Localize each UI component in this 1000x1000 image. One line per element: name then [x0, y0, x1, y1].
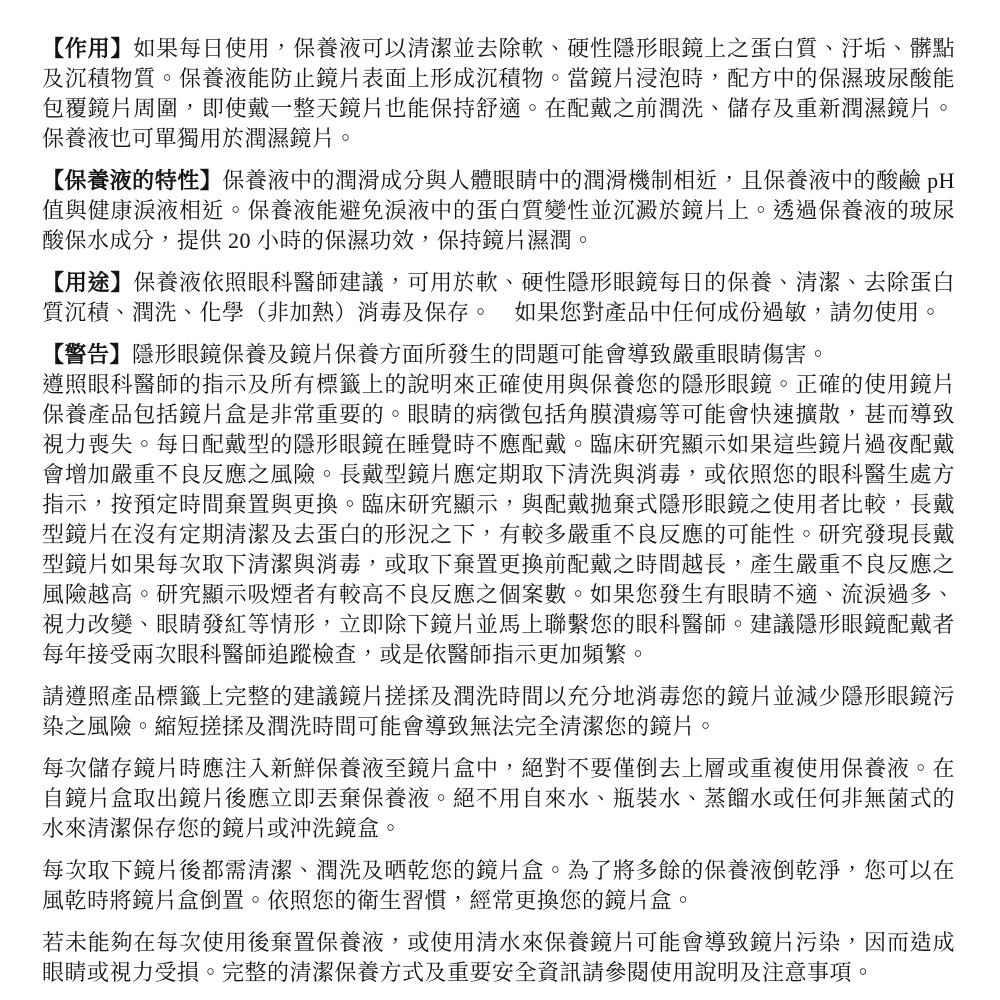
text-line: 值與健康淚液相近。保養液能避免淚液中的蛋白質變性並沉澱於鏡片上。透過保養液的玻尿 [42, 196, 955, 226]
text-line: 每次取下鏡片後都需清潔、潤洗及晒乾您的鏡片盒。為了將多餘的保養液倒乾淨，您可以在 [42, 856, 955, 886]
text-line: 保養產品包括鏡片盒是非常重要的。眼睛的病徵包括角膜潰瘍等可能會快速擴散，甚而導致 [42, 400, 955, 430]
line-text: 風乾時將鏡片盒倒置。依照您的衛生習慣，經常更換您的鏡片盒。 [42, 888, 695, 913]
line-text: 質沉積、潤洗、化學（非加熱）消毒及保存。 如果您對產品中任何成份過敏，請勿使用。 [42, 300, 942, 325]
line-text: 值與健康淚液相近。保養液能避免淚液中的蛋白質變性並沉澱於鏡片上。透過保養液的玻尿 [42, 198, 955, 223]
section-heading: 【警告】 [42, 342, 132, 367]
document-page: 【作用】如果每日使用，保養液可以清潔並去除軟、硬性隱形眼鏡上之蛋白質、汙垢、髒點… [0, 0, 1000, 1000]
paragraph: 【警告】隱形眼鏡保養及鏡片保養方面所發生的問題可能會導致嚴重眼睛傷害。遵照眼科醫… [42, 340, 955, 670]
text-line: 每次儲存鏡片時應注入新鮮保養液至鏡片盒中，絕對不要僅倒去上層或重複使用保養液。在 [42, 754, 955, 784]
text-line: 及沉積物質。保養液能防止鏡片表面上形成沉積物。當鏡片浸泡時，配方中的保濕玻尿酸能 [42, 64, 955, 94]
line-text: 及沉積物質。保養液能防止鏡片表面上形成沉積物。當鏡片浸泡時，配方中的保濕玻尿酸能 [42, 66, 955, 91]
paragraph: 【保養液的特性】保養液中的潤滑成分與人體眼睛中的潤滑機制相近，且保養液中的酸鹼 … [42, 166, 955, 256]
text-line: 風乾時將鏡片盒倒置。依照您的衛生習慣，經常更換您的鏡片盒。 [42, 886, 955, 916]
text-line: 型鏡片在沒有定期清潔及去蛋白的形況之下，有較多嚴重不良反應的可能性。研究發現長戴 [42, 520, 955, 550]
text-line: 【用途】保養液依照眼科醫師建議，可用於軟、硬性隱形眼鏡每日的保養、清潔、去除蛋白 [42, 268, 955, 298]
text-line: 保養液也可單獨用於潤濕鏡片。 [42, 124, 955, 154]
text-line: 包覆鏡片周圍，即使戴一整天鏡片也能保持舒適。在配戴之前潤洗、儲存及重新潤濕鏡片。 [42, 94, 955, 124]
text-line: 水來清潔保存您的鏡片或沖洗鏡盒。 [42, 814, 955, 844]
paragraph: 【作用】如果每日使用，保養液可以清潔並去除軟、硬性隱形眼鏡上之蛋白質、汙垢、髒點… [42, 34, 955, 154]
line-text: 保養液也可單獨用於潤濕鏡片。 [42, 126, 357, 151]
line-text: 染之風險。縮短搓揉及潤洗時間可能會導致無法完全清潔您的鏡片。 [42, 714, 717, 739]
line-text: 每年接受兩次眼科醫師追蹤檢查，或是依醫師指示更加頻繁。 [42, 642, 650, 667]
text-line: 會增加嚴重不良反應之風險。長戴型鏡片應定期取下清洗與消毒，或依照您的眼科醫生處方 [42, 460, 955, 490]
text-line: 【保養液的特性】保養液中的潤滑成分與人體眼睛中的潤滑機制相近，且保養液中的酸鹼 … [42, 166, 955, 196]
document-body: 【作用】如果每日使用，保養液可以清潔並去除軟、硬性隱形眼鏡上之蛋白質、汙垢、髒點… [42, 34, 955, 988]
text-line: 【警告】隱形眼鏡保養及鏡片保養方面所發生的問題可能會導致嚴重眼睛傷害。 [42, 340, 955, 370]
text-line: 視力改變、眼睛發紅等情形，立即除下鏡片並馬上聯繫您的眼科醫師。建議隱形眼鏡配戴者 [42, 610, 955, 640]
text-line: 眼睛或視力受損。完整的清潔保養方式及重要安全資訊請參閱使用說明及注意事項。 [42, 958, 955, 988]
line-text: 型鏡片在沒有定期清潔及去蛋白的形況之下，有較多嚴重不良反應的可能性。研究發現長戴 [42, 522, 955, 547]
line-text: 風險越高。研究顯示吸煙者有較高不良反應之個案數。如果您發生有眼睛不適、流淚過多、 [42, 582, 955, 607]
text-line: 指示，按預定時間棄置與更換。臨床研究顯示，與配戴拋棄式隱形眼鏡之使用者比較，長戴 [42, 490, 955, 520]
text-line: 自鏡片盒取出鏡片後應立即丟棄保養液。絕不用自來水、瓶裝水、蒸餾水或任何非無菌式的 [42, 784, 955, 814]
text-line: 若未能夠在每次使用後棄置保養液，或使用清水來保養鏡片可能會導致鏡片污染，因而造成 [42, 928, 955, 958]
line-text: 指示，按預定時間棄置與更換。臨床研究顯示，與配戴拋棄式隱形眼鏡之使用者比較，長戴 [42, 492, 955, 517]
line-text: 遵照眼科醫師的指示及所有標籤上的說明來正確使用與保養您的隱形眼鏡。正確的使用鏡片 [42, 372, 955, 397]
text-line: 遵照眼科醫師的指示及所有標籤上的說明來正確使用與保養您的隱形眼鏡。正確的使用鏡片 [42, 370, 955, 400]
line-text: 包覆鏡片周圍，即使戴一整天鏡片也能保持舒適。在配戴之前潤洗、儲存及重新潤濕鏡片。 [42, 96, 955, 121]
paragraph: 每次取下鏡片後都需清潔、潤洗及晒乾您的鏡片盒。為了將多餘的保養液倒乾淨，您可以在… [42, 856, 955, 916]
line-text: 如果每日使用，保養液可以清潔並去除軟、硬性隱形眼鏡上之蛋白質、汙垢、髒點 [133, 36, 955, 61]
line-text: 若未能夠在每次使用後棄置保養液，或使用清水來保養鏡片可能會導致鏡片污染，因而造成 [42, 930, 955, 955]
section-heading: 【用途】 [42, 270, 133, 295]
paragraph: 若未能夠在每次使用後棄置保養液，或使用清水來保養鏡片可能會導致鏡片污染，因而造成… [42, 928, 955, 988]
line-text: 保養液依照眼科醫師建議，可用於軟、硬性隱形眼鏡每日的保養、清潔、去除蛋白 [133, 270, 955, 295]
paragraph: 每次儲存鏡片時應注入新鮮保養液至鏡片盒中，絕對不要僅倒去上層或重複使用保養液。在… [42, 754, 955, 844]
line-text: 型鏡片如果每次取下清潔與消毒，或取下棄置更換前配戴之時間越長，產生嚴重不良反應之 [42, 552, 955, 577]
line-text: 視力改變、眼睛發紅等情形，立即除下鏡片並馬上聯繫您的眼科醫師。建議隱形眼鏡配戴者 [42, 612, 955, 637]
paragraph: 請遵照產品標籤上完整的建議鏡片搓揉及潤洗時間以充分地消毒您的鏡片並減少隱形眼鏡污… [42, 682, 955, 742]
text-line: 每年接受兩次眼科醫師追蹤檢查，或是依醫師指示更加頻繁。 [42, 640, 955, 670]
text-line: 酸保水成分，提供 20 小時的保濕功效，保持鏡片濕潤。 [42, 226, 955, 256]
text-line: 視力喪失。每日配戴型的隱形眼鏡在睡覺時不應配戴。臨床研究顯示如果這些鏡片過夜配戴 [42, 430, 955, 460]
line-text: 每次儲存鏡片時應注入新鮮保養液至鏡片盒中，絕對不要僅倒去上層或重複使用保養液。在 [42, 756, 955, 781]
line-text: 水來清潔保存您的鏡片或沖洗鏡盒。 [42, 816, 402, 841]
line-text: 會增加嚴重不良反應之風險。長戴型鏡片應定期取下清洗與消毒，或依照您的眼科醫生處方 [42, 462, 955, 487]
line-text: 酸保水成分，提供 20 小時的保濕功效，保持鏡片濕潤。 [42, 228, 595, 253]
paragraph: 【用途】保養液依照眼科醫師建議，可用於軟、硬性隱形眼鏡每日的保養、清潔、去除蛋白… [42, 268, 955, 328]
text-line: 質沉積、潤洗、化學（非加熱）消毒及保存。 如果您對產品中任何成份過敏，請勿使用。 [42, 298, 955, 328]
section-heading: 【保養液的特性】 [42, 168, 222, 193]
line-text: 保養液中的潤滑成分與人體眼睛中的潤滑機制相近，且保養液中的酸鹼 pH [222, 168, 955, 193]
text-line: 請遵照產品標籤上完整的建議鏡片搓揉及潤洗時間以充分地消毒您的鏡片並減少隱形眼鏡污 [42, 682, 955, 712]
section-heading: 【作用】 [42, 36, 133, 61]
text-line: 【作用】如果每日使用，保養液可以清潔並去除軟、硬性隱形眼鏡上之蛋白質、汙垢、髒點 [42, 34, 955, 64]
text-line: 染之風險。縮短搓揉及潤洗時間可能會導致無法完全清潔您的鏡片。 [42, 712, 955, 742]
line-text: 眼睛或視力受損。完整的清潔保養方式及重要安全資訊請參閱使用說明及注意事項。 [42, 960, 875, 985]
line-text: 視力喪失。每日配戴型的隱形眼鏡在睡覺時不應配戴。臨床研究顯示如果這些鏡片過夜配戴 [42, 432, 955, 457]
line-text: 自鏡片盒取出鏡片後應立即丟棄保養液。絕不用自來水、瓶裝水、蒸餾水或任何非無菌式的 [42, 786, 955, 811]
line-text: 保養產品包括鏡片盒是非常重要的。眼睛的病徵包括角膜潰瘍等可能會快速擴散，甚而導致 [42, 402, 955, 427]
line-text: 隱形眼鏡保養及鏡片保養方面所發生的問題可能會導致嚴重眼睛傷害。 [132, 342, 830, 367]
text-line: 型鏡片如果每次取下清潔與消毒，或取下棄置更換前配戴之時間越長，產生嚴重不良反應之 [42, 550, 955, 580]
text-line: 風險越高。研究顯示吸煙者有較高不良反應之個案數。如果您發生有眼睛不適、流淚過多、 [42, 580, 955, 610]
line-text: 每次取下鏡片後都需清潔、潤洗及晒乾您的鏡片盒。為了將多餘的保養液倒乾淨，您可以在 [42, 858, 955, 883]
line-text: 請遵照產品標籤上完整的建議鏡片搓揉及潤洗時間以充分地消毒您的鏡片並減少隱形眼鏡污 [42, 684, 955, 709]
